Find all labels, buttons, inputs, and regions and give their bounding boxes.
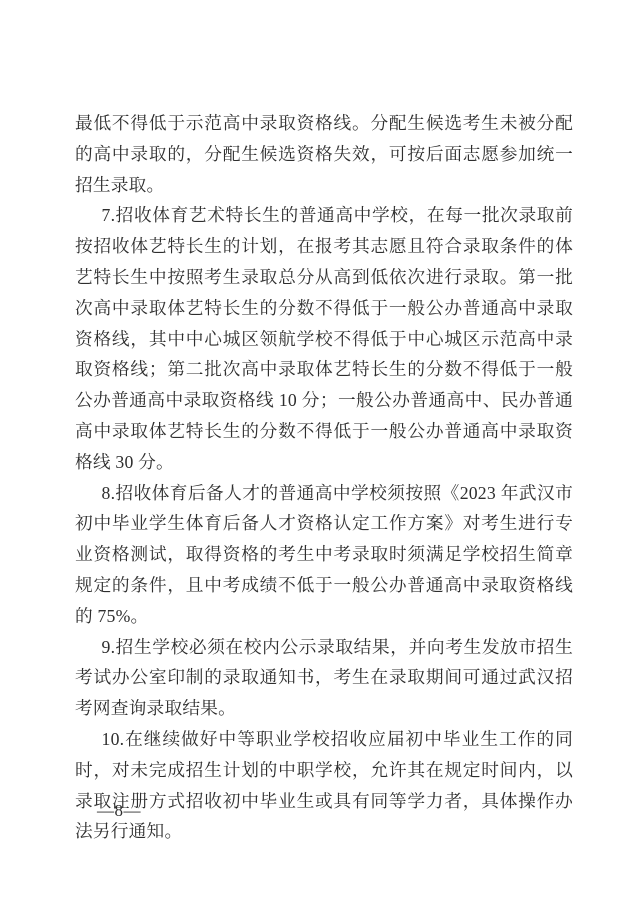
body-text: 最低不得低于示范高中录取资格线。分配生候选考生未被分配的高中录取的，分配生候选资… [75,108,573,847]
document-page: 最低不得低于示范高中录取资格线。分配生候选考生未被分配的高中录取的，分配生候选资… [0,0,636,900]
page-number: —8— [97,801,141,821]
paragraph-item-10: 10.在继续做好中等职业学校招收应届初中毕业生工作的同时，对未完成招生计划的中职… [75,724,573,847]
paragraph-item-8: 8.招收体育后备人才的普通高中学校须按照《2023 年武汉市初中毕业学生体育后备… [75,478,573,632]
paragraph-item-9: 9.招生学校必须在校内公示录取结果，并向考生发放市招生考试办公室印制的录取通知书… [75,632,573,724]
paragraph-item-7: 7.招收体育艺术特长生的普通高中学校，在每一批次录取前按招收体艺特长生的计划，在… [75,200,573,477]
paragraph-continuation: 最低不得低于示范高中录取资格线。分配生候选考生未被分配的高中录取的，分配生候选资… [75,108,573,200]
